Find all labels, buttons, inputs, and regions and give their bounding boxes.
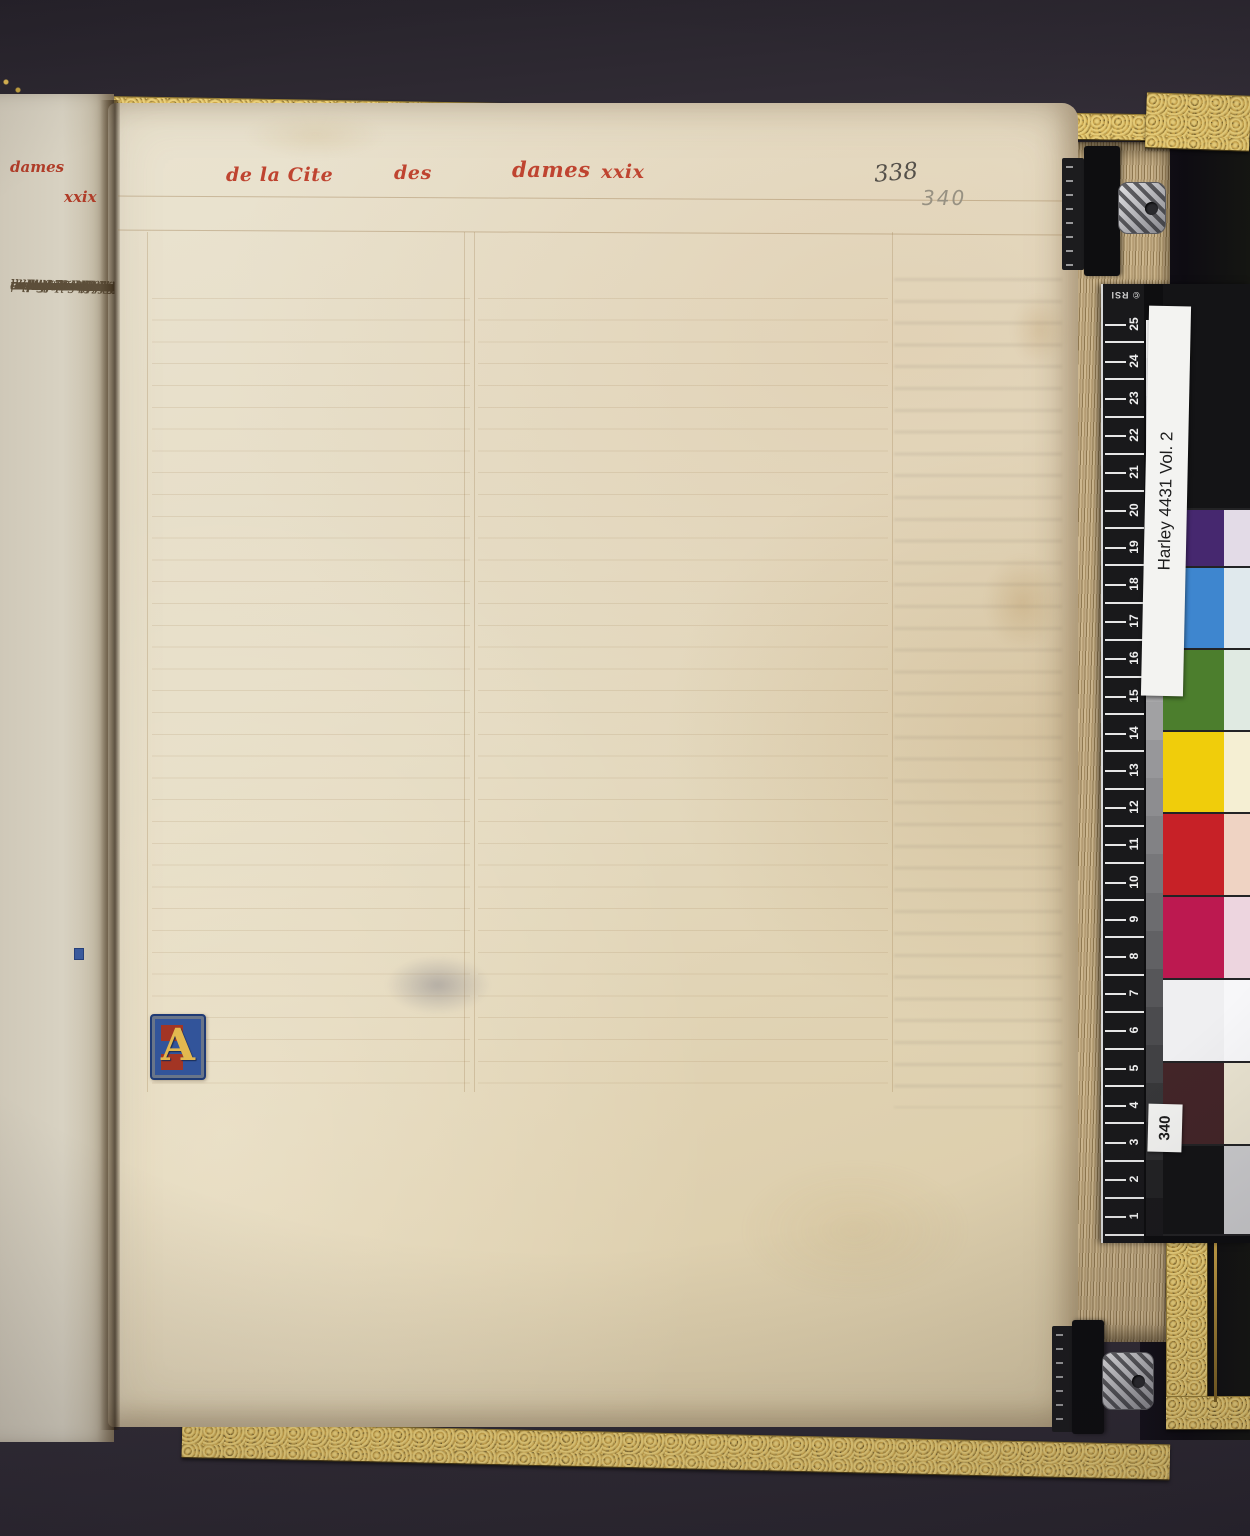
grayscale-step <box>1146 931 1163 970</box>
sliver-chapter-number: xxix <box>64 188 97 206</box>
folio-number-ink: 338 <box>873 158 919 188</box>
running-header-title: de la Cite <box>226 164 333 186</box>
ruler-number: 10 <box>1127 869 1141 895</box>
ruler-number: 11 <box>1127 831 1141 857</box>
manuscript-photo: dames xxix it et sainte dame elle fuet p… <box>0 0 1250 1536</box>
color-patch-red <box>1163 814 1224 897</box>
ruler-cm-cell: 19 <box>1105 529 1144 566</box>
ruler-cm-cell: 12 <box>1105 790 1144 827</box>
gold-border-top-right <box>1145 92 1250 152</box>
clip-bar <box>1072 1320 1104 1434</box>
ruler-half-tick <box>1105 993 1126 995</box>
shelfmark-label: Harley 4431 Vol. 2 <box>1141 306 1191 697</box>
tint-patch-black-2 <box>1224 1146 1250 1236</box>
ruler-half-tick <box>1105 398 1126 400</box>
gold-border-right <box>1166 1232 1208 1404</box>
ruler-number: 3 <box>1127 1129 1141 1155</box>
ruler-cm-cell: 23 <box>1105 380 1144 417</box>
ruler-half-tick <box>1105 1105 1126 1107</box>
parchment-stain <box>740 1160 970 1300</box>
ruler-number: 18 <box>1127 571 1141 597</box>
tint-patch-black <box>1224 284 1250 510</box>
grayscale-step <box>1146 1045 1163 1084</box>
parchment-stain <box>245 112 385 158</box>
show-through-text <box>894 278 1062 1108</box>
clip-lever <box>1102 1352 1154 1410</box>
ruler-cm-cell: 9 <box>1105 901 1144 938</box>
ruler-number: 9 <box>1127 906 1141 932</box>
ruler-cm-cell: 10 <box>1105 864 1144 901</box>
ruler-half-tick <box>1105 1142 1126 1144</box>
ruler-half-tick <box>1105 882 1126 884</box>
grayscale-step <box>1146 1007 1163 1046</box>
running-header-chapter: xxix <box>601 161 645 183</box>
ruler-number: 14 <box>1127 720 1141 746</box>
ruler-cm-cell: 6 <box>1105 1013 1144 1050</box>
ruler-scale: 1234567891011121314151617181920212223242… <box>1105 306 1144 1236</box>
color-patch-white <box>1163 980 1224 1063</box>
ruler-cm-cell: 16 <box>1105 641 1144 678</box>
ruler-number: 5 <box>1127 1055 1141 1081</box>
ruler-cm-cell: 17 <box>1105 604 1144 641</box>
ruler-number: 1 <box>1127 1203 1141 1229</box>
ruler-cm-cell: 4 <box>1105 1087 1144 1124</box>
gutter-crease <box>100 100 120 1430</box>
column-ruling-line <box>892 232 893 1092</box>
grayscale-step <box>1146 854 1163 893</box>
grayscale-step <box>1146 1198 1163 1237</box>
sliver-running-header: dames <box>10 158 64 176</box>
tint-patch-green <box>1224 650 1250 732</box>
sliver-text-fragments: it et sainte dame elle fuet prier son se… <box>0 275 115 1177</box>
ruler-cm-cell: 11 <box>1105 827 1144 864</box>
clip-lever-hole <box>1145 202 1158 215</box>
ruler-cm-cell: 14 <box>1105 715 1144 752</box>
ruler-half-tick <box>1105 361 1126 363</box>
ruler-number: 2 <box>1127 1166 1141 1192</box>
sliver-fragment: touche le spiritualite <box>10 275 114 299</box>
clip-bar <box>1084 146 1120 276</box>
running-header-des: des <box>394 162 432 184</box>
ruler-half-tick <box>1105 621 1126 623</box>
folio-tab: 340 <box>1147 1104 1182 1153</box>
tint-patch-white <box>1224 980 1250 1063</box>
tint-patch-purple <box>1224 510 1250 568</box>
grayscale-step <box>1146 1160 1163 1199</box>
manuscript-line: grans biens sont venus par femmes et se <box>152 277 214 299</box>
color-calibration-chart: © RSI 1234567891011121314151617181920212… <box>1101 284 1250 1243</box>
ruler-cm-cell: 1 <box>1105 1199 1144 1236</box>
ruler-half-tick <box>1105 770 1126 772</box>
ruler-cm-cell: 2 <box>1105 1162 1144 1199</box>
ruler-half-tick <box>1105 696 1126 698</box>
tint-patch-maroon <box>1224 1063 1250 1146</box>
ruler-cm-cell: 7 <box>1105 976 1144 1013</box>
color-patch-crimson <box>1163 897 1224 980</box>
ruler-cm-cell: 13 <box>1105 752 1144 789</box>
ruler-number: 21 <box>1127 459 1141 485</box>
ruler-half-tick <box>1105 956 1126 958</box>
ruler-half-tick <box>1105 807 1126 809</box>
sliver-paraph-mark <box>74 948 84 960</box>
ruler-half-tick <box>1105 733 1126 735</box>
ruler-cm-cell: 24 <box>1105 343 1144 380</box>
ruler-number: 22 <box>1127 422 1141 448</box>
grayscale-step <box>1146 816 1163 855</box>
ruler-half-tick <box>1105 435 1126 437</box>
gold-border-bottom <box>182 1422 1171 1480</box>
ruler-half-tick <box>1105 510 1126 512</box>
grayscale-step <box>1146 740 1163 779</box>
ruler-cm-cell: 15 <box>1105 678 1144 715</box>
ruler-number: 24 <box>1127 348 1141 374</box>
ruler-number: 13 <box>1127 757 1141 783</box>
ruler-number: 6 <box>1127 1017 1141 1043</box>
column-ruling-line <box>147 232 148 1092</box>
clip-lever-hole <box>1132 1375 1145 1388</box>
clip-bar <box>1052 1326 1074 1432</box>
color-patch-yellow <box>1163 732 1224 814</box>
ruler-half-tick <box>1105 919 1126 921</box>
ruler-half-tick <box>1105 1068 1126 1070</box>
tint-patch-yellow <box>1224 732 1250 814</box>
ruler-half-tick <box>1105 1216 1126 1218</box>
ruler-cm-cell: 22 <box>1105 418 1144 455</box>
ruler-cm-cell: 5 <box>1105 1050 1144 1087</box>
shelfmark-text: Harley 4431 Vol. 2 <box>1155 431 1178 570</box>
ruler-half-tick <box>1105 1179 1126 1181</box>
tint-patch-red <box>1224 814 1250 897</box>
ruler-number: 16 <box>1127 645 1141 671</box>
ruler-half-tick <box>1105 844 1126 846</box>
ruler-number: 8 <box>1127 943 1141 969</box>
ruler-number: 23 <box>1127 385 1141 411</box>
ruler-number: 25 <box>1127 311 1141 337</box>
initial-letter: A <box>152 1016 204 1078</box>
tint-patch-crimson <box>1224 897 1250 980</box>
grayscale-step <box>1146 893 1163 932</box>
grayscale-step <box>1146 778 1163 817</box>
color-patch-black-2 <box>1163 1146 1224 1236</box>
tint-patch-column <box>1224 284 1250 1236</box>
ruler-cm-cell: 8 <box>1105 938 1144 975</box>
ruler-number: 12 <box>1127 794 1141 820</box>
grayscale-step <box>1146 969 1163 1008</box>
tint-patch-blue <box>1224 568 1250 650</box>
ruler-half-tick <box>1105 324 1126 326</box>
ruler-number: 15 <box>1127 683 1141 709</box>
ruler-half-tick <box>1105 472 1126 474</box>
clip-bar <box>1062 158 1084 270</box>
grayscale-step <box>1146 702 1163 741</box>
ruler-cm-cell: 25 <box>1105 306 1144 343</box>
folio-number-pencil: 340 <box>922 186 966 210</box>
ruler-half-tick <box>1105 1030 1126 1032</box>
gold-border-corner <box>1166 1396 1250 1430</box>
text-column-right: aucuns maulx sont ensuivis par aucunesma… <box>478 277 888 1089</box>
ruler-cm-cell: 3 <box>1105 1124 1144 1161</box>
folio-tab-text: 340 <box>1156 1115 1174 1140</box>
text-column-left: sains martirs se que te diray cy apres f… <box>152 277 470 1087</box>
ruler-number: 17 <box>1127 608 1141 634</box>
cm-ruler: © RSI 1234567891011121314151617181920212… <box>1101 284 1144 1243</box>
ruler-cm-cell: 18 <box>1105 566 1144 603</box>
ruler-cm-cell: 21 <box>1105 455 1144 492</box>
ruler-half-tick <box>1105 658 1126 660</box>
copyright-text: © RSI <box>1106 288 1144 302</box>
ruler-half-tick <box>1105 584 1126 586</box>
ruler-half-tick <box>1105 547 1126 549</box>
gold-fillet-line <box>1214 1240 1217 1402</box>
clip-lever <box>1118 182 1166 234</box>
ruler-number: 20 <box>1127 497 1141 523</box>
running-header-dames: dames <box>512 157 591 182</box>
ruler-number: 4 <box>1127 1092 1141 1118</box>
illuminated-initial: A <box>150 1014 206 1080</box>
ruler-cm-cell: 20 <box>1105 492 1144 529</box>
ruler-number: 7 <box>1127 980 1141 1006</box>
ruler-number: 19 <box>1127 534 1141 560</box>
